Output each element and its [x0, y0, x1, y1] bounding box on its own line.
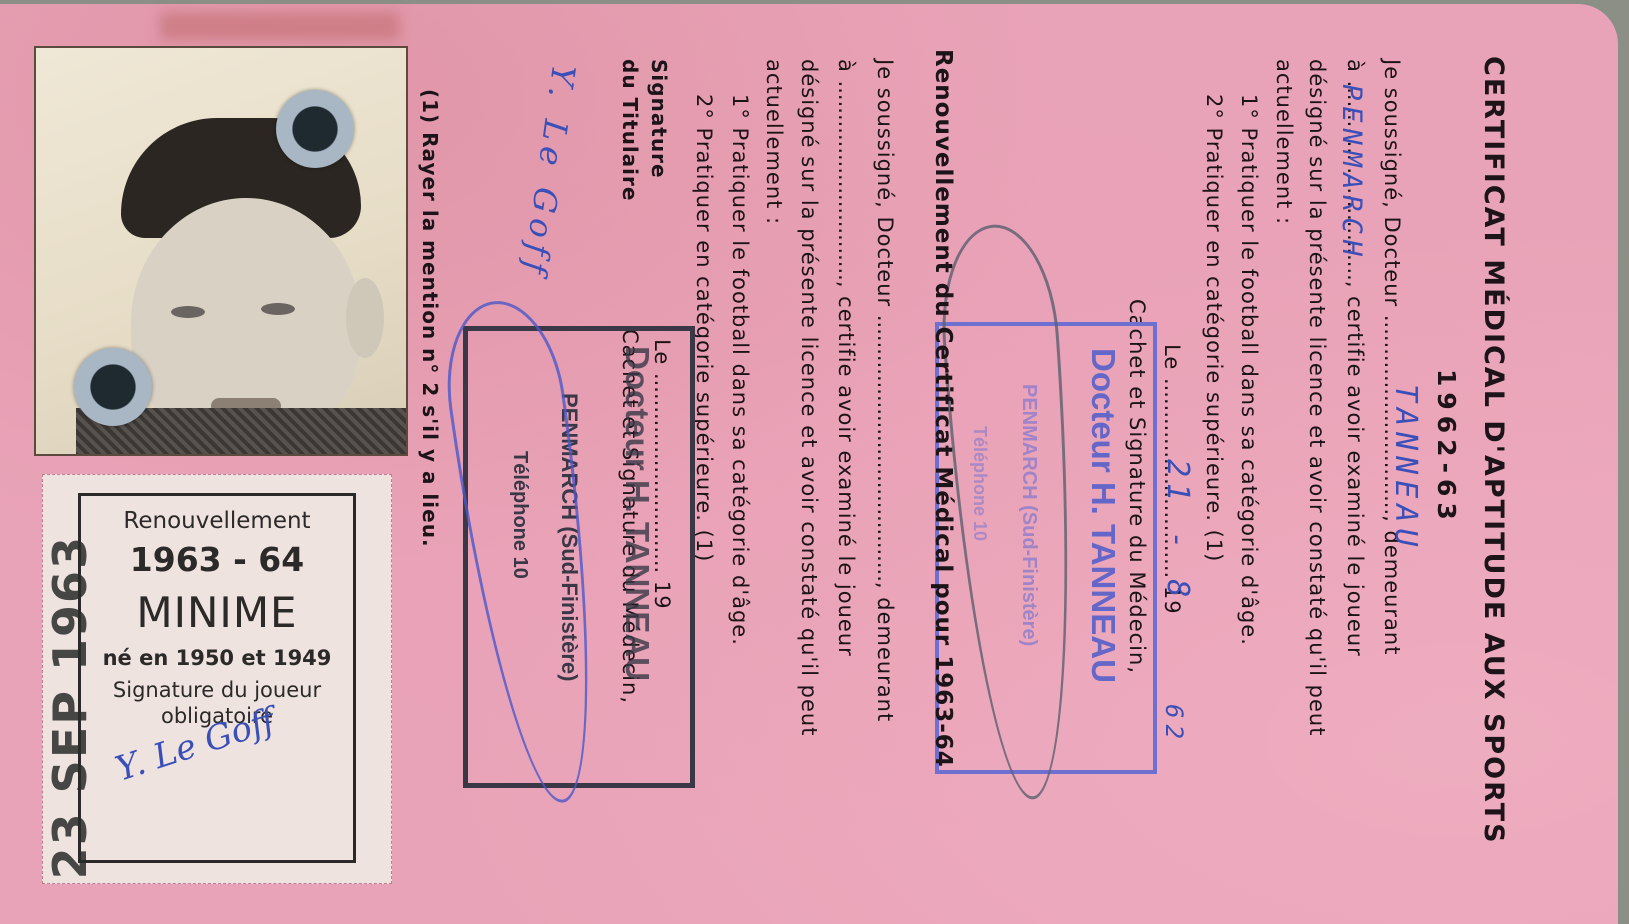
cert-line-1: Je soussigné, Docteur ..................… — [1380, 59, 1404, 655]
postmark-date: 23 SEP 1963 — [43, 535, 97, 879]
renewal-title: Renouvellement du Certificat Médical pou… — [930, 49, 956, 768]
renewal-line-1: Je soussigné, Docteur ..................… — [873, 59, 897, 722]
renewal-stamp-line-5: Signature du joueur — [81, 678, 353, 702]
certificate-title: CERTIFICAT MÉDICAL D'APTITUDE AUX SPORTS — [1478, 56, 1509, 845]
stamp-doctor-name: Docteur H. TANNEAU — [618, 346, 656, 681]
cert-line-3: désigné sur la présente licence et avoir… — [1305, 59, 1329, 736]
holder-signature-label-2: du Titulaire — [618, 59, 642, 201]
eyelet-icon — [74, 348, 152, 426]
photo-eye-left — [171, 306, 205, 318]
certificate-card: CERTIFICAT MÉDICAL D'APTITUDE AUX SPORTS… — [0, 4, 1618, 924]
cert-line-6: 2° Pratiquer en catégorie supérieure. (1… — [1202, 94, 1226, 562]
renewal-line-4: actuellement : — [762, 59, 786, 225]
holder-signature-label-1: Signature — [647, 59, 671, 179]
holder-signature: Y. Le Goff — [515, 62, 583, 281]
renewal-stamp: Renouvellement 1963 - 64 MINIME né en 19… — [42, 474, 392, 884]
renewal-line-3: désigné sur la présente licence et avoir… — [797, 59, 821, 736]
cert-line-5: 1° Pratiquer le football dans sa catégor… — [1237, 94, 1261, 646]
cert-year-handwritten: 62 — [1160, 704, 1188, 745]
renewal-stamp-frame: Renouvellement 1963 - 64 MINIME né en 19… — [78, 493, 356, 863]
renewal-stamp-season: 1963 - 64 — [81, 540, 353, 579]
renewal-line-6: 2° Pratiquer en catégorie supérieure. (1… — [692, 94, 716, 562]
renewal-line-2: à .............................., certif… — [834, 59, 858, 657]
doctor-name-handwritten: TANNEAU — [1388, 384, 1423, 552]
renewal-stamp-line-1: Renouvellement — [81, 508, 353, 534]
renewal-line-5: 1° Pratiquer le football dans sa catégor… — [728, 94, 752, 646]
certificate-season: 1962-63 — [1432, 369, 1461, 526]
town-handwritten: PENMARCH — [1336, 84, 1367, 262]
holder-photo — [34, 46, 408, 456]
photo-ear — [346, 278, 384, 358]
stamp-doctor-name: Docteur H. TANNEAU — [1084, 348, 1122, 683]
eyelet-icon — [276, 90, 354, 168]
stain — [160, 12, 400, 40]
photo-eye-right — [261, 303, 295, 315]
cert-date-handwritten: 21 - 8 — [1160, 459, 1195, 603]
footnote: (1) Rayer la mention n° 2 s'il y a lieu. — [418, 89, 442, 548]
cert-line-4: actuellement : — [1272, 59, 1296, 225]
renewal-stamp-birth-years: né en 1950 et 1949 — [81, 646, 353, 670]
renewal-stamp-category: MINIME — [81, 588, 353, 637]
